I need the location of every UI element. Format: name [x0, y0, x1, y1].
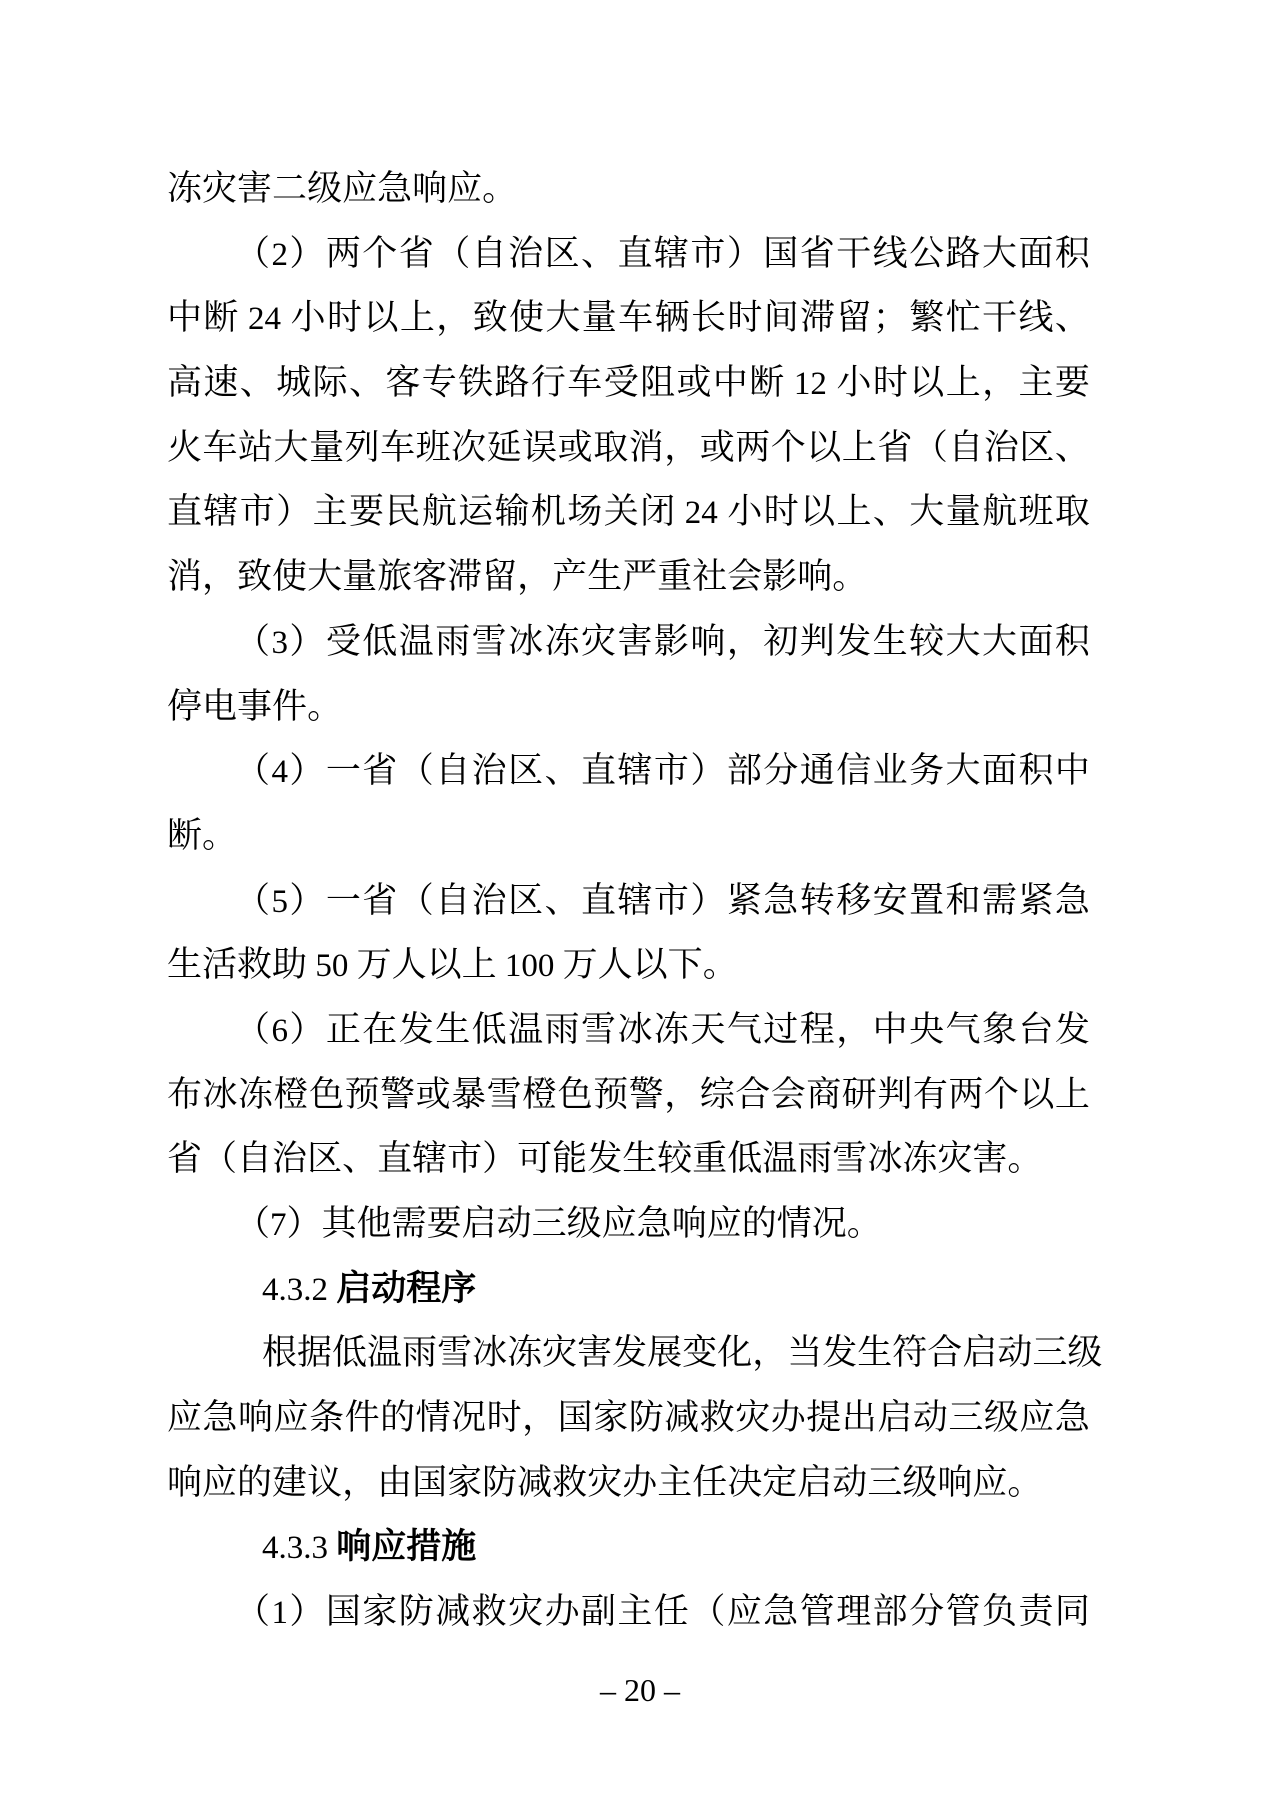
- text-line: 应急响应条件的情况时，国家防减救灾办提出启动三级应急: [167, 1386, 1090, 1451]
- text-line: （4）一省（自治区、直辖市）部分通信业务大面积中: [167, 739, 1090, 804]
- text-line: 消，致使大量旅客滞留，产生严重社会影响。: [167, 545, 1090, 610]
- text-line: （7）其他需要启动三级应急响应的情况。: [167, 1192, 1090, 1257]
- text-line: 布冰冻橙色预警或暴雪橙色预警，综合会商研判有两个以上: [167, 1063, 1090, 1128]
- text-line: （6）正在发生低温雨雪冰冻天气过程，中央气象台发: [167, 998, 1090, 1063]
- text-line: 4.3.3 响应措施: [167, 1515, 1090, 1580]
- text-line: 根据低温雨雪冰冻灾害发展变化，当发生符合启动三级: [167, 1321, 1090, 1386]
- text-line: （5）一省（自治区、直辖市）紧急转移安置和需紧急: [167, 869, 1090, 934]
- text-line: 火车站大量列车班次延误或取消，或两个以上省（自治区、: [167, 416, 1090, 481]
- text-line: 生活救助 50 万人以上 100 万人以下。: [167, 933, 1090, 998]
- text-line: 冻灾害二级应急响应。: [167, 157, 1090, 222]
- text-line: 高速、城际、客专铁路行车受阻或中断 12 小时以上，主要: [167, 351, 1090, 416]
- text-line: 省（自治区、直辖市）可能发生较重低温雨雪冰冻灾害。: [167, 1127, 1090, 1192]
- page-number: – 20 –: [0, 1668, 1280, 1712]
- document-body: 冻灾害二级应急响应。（2）两个省（自治区、直辖市）国省干线公路大面积中断 24 …: [167, 157, 1090, 1645]
- document-page: 冻灾害二级应急响应。（2）两个省（自治区、直辖市）国省干线公路大面积中断 24 …: [0, 0, 1280, 1809]
- text-line: （2）两个省（自治区、直辖市）国省干线公路大面积: [167, 222, 1090, 287]
- text-line: 断。: [167, 804, 1090, 869]
- text-line: 停电事件。: [167, 675, 1090, 740]
- text-line: 4.3.2 启动程序: [167, 1257, 1090, 1322]
- text-line: 响应的建议，由国家防减救灾办主任决定启动三级响应。: [167, 1451, 1090, 1516]
- text-line: （3）受低温雨雪冰冻灾害影响，初判发生较大大面积: [167, 610, 1090, 675]
- text-line: （1）国家防减救灾办副主任（应急管理部分管负责同: [167, 1580, 1090, 1645]
- text-line: 直辖市）主要民航运输机场关闭 24 小时以上、大量航班取: [167, 480, 1090, 545]
- text-line: 中断 24 小时以上，致使大量车辆长时间滞留；繁忙干线、: [167, 286, 1090, 351]
